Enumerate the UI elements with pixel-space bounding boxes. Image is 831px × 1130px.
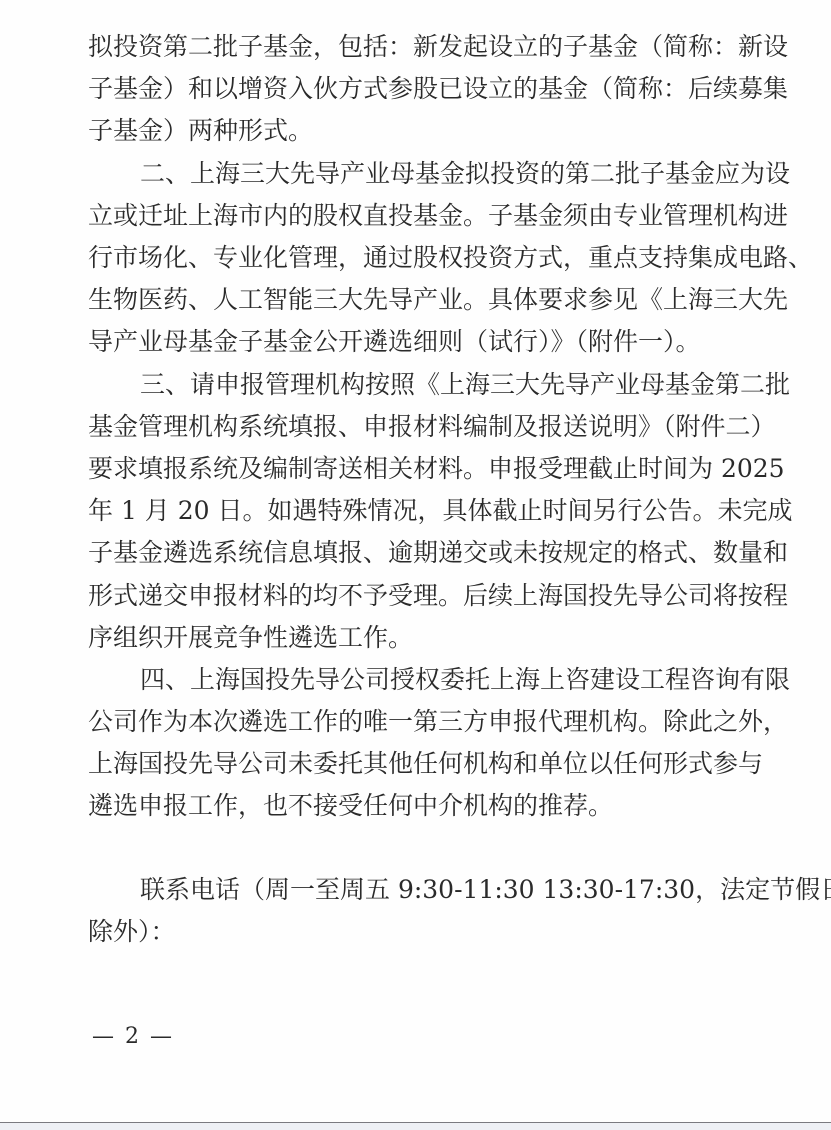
document-page: 拟投资第二批子基金，包括：新发起设立的子基金（简称：新设 子基金）和以增资入伙方… xyxy=(0,0,831,1122)
text-line: 基金管理机构系统填报、申报材料编制及报送说明》（附件二） xyxy=(88,411,754,443)
text-line: 联系电话（周一至周五 9:30-11:30 13:30-17:30，法定节假日 xyxy=(140,874,754,906)
text-line: 序组织开展竞争性遴选工作。 xyxy=(88,622,754,654)
text-line: 生物医药、人工智能三大先导产业。具体要求参见《上海三大先 xyxy=(88,284,754,316)
text-line: 公司作为本次遴选工作的唯一第三方申报代理机构。除此之外， xyxy=(88,706,754,738)
text-line: 形式递交申报材料的均不予受理。后续上海国投先导公司将按程 xyxy=(88,580,754,612)
text-line: 除外）： xyxy=(88,916,754,948)
text-line: 立或迁址上海市内的股权直投基金。子基金须由专业管理机构进 xyxy=(88,200,754,232)
text-line: 上海国投先导公司未委托其他任何机构和单位以任何形式参与 xyxy=(88,748,754,780)
text-line: 导产业母基金子基金公开遴选细则（试行）》（附件一）。 xyxy=(88,326,754,358)
text-line: 二、上海三大先导产业母基金拟投资的第二批子基金应为设 xyxy=(140,158,754,190)
text-line: 子基金）两种形式。 xyxy=(88,115,754,147)
viewer-background xyxy=(0,1123,831,1130)
text-line: 遴选申报工作，也不接受任何中介机构的推荐。 xyxy=(88,790,754,822)
text-line: 三、请申报管理机构按照《上海三大先导产业母基金第二批 xyxy=(140,369,754,401)
text-line: 年 1 月 20 日。如遇特殊情况，具体截止时间另行公告。未完成 xyxy=(88,495,754,527)
text-line: 拟投资第二批子基金，包括：新发起设立的子基金（简称：新设 xyxy=(88,31,754,63)
text-line: 行市场化、专业化管理，通过股权投资方式，重点支持集成电路、 xyxy=(88,242,754,274)
page-number: — 2 — xyxy=(92,1022,174,1052)
text-line: 子基金遴选系统信息填报、逾期递交或未按规定的格式、数量和 xyxy=(88,537,754,569)
text-line: 要求填报系统及编制寄送相关材料。申报受理截止时间为 2025 xyxy=(88,453,754,485)
text-line: 子基金）和以增资入伙方式参股已设立的基金（简称：后续募集 xyxy=(88,73,754,105)
text-line: 四、上海国投先导公司授权委托上海上咨建设工程咨询有限 xyxy=(140,664,754,696)
